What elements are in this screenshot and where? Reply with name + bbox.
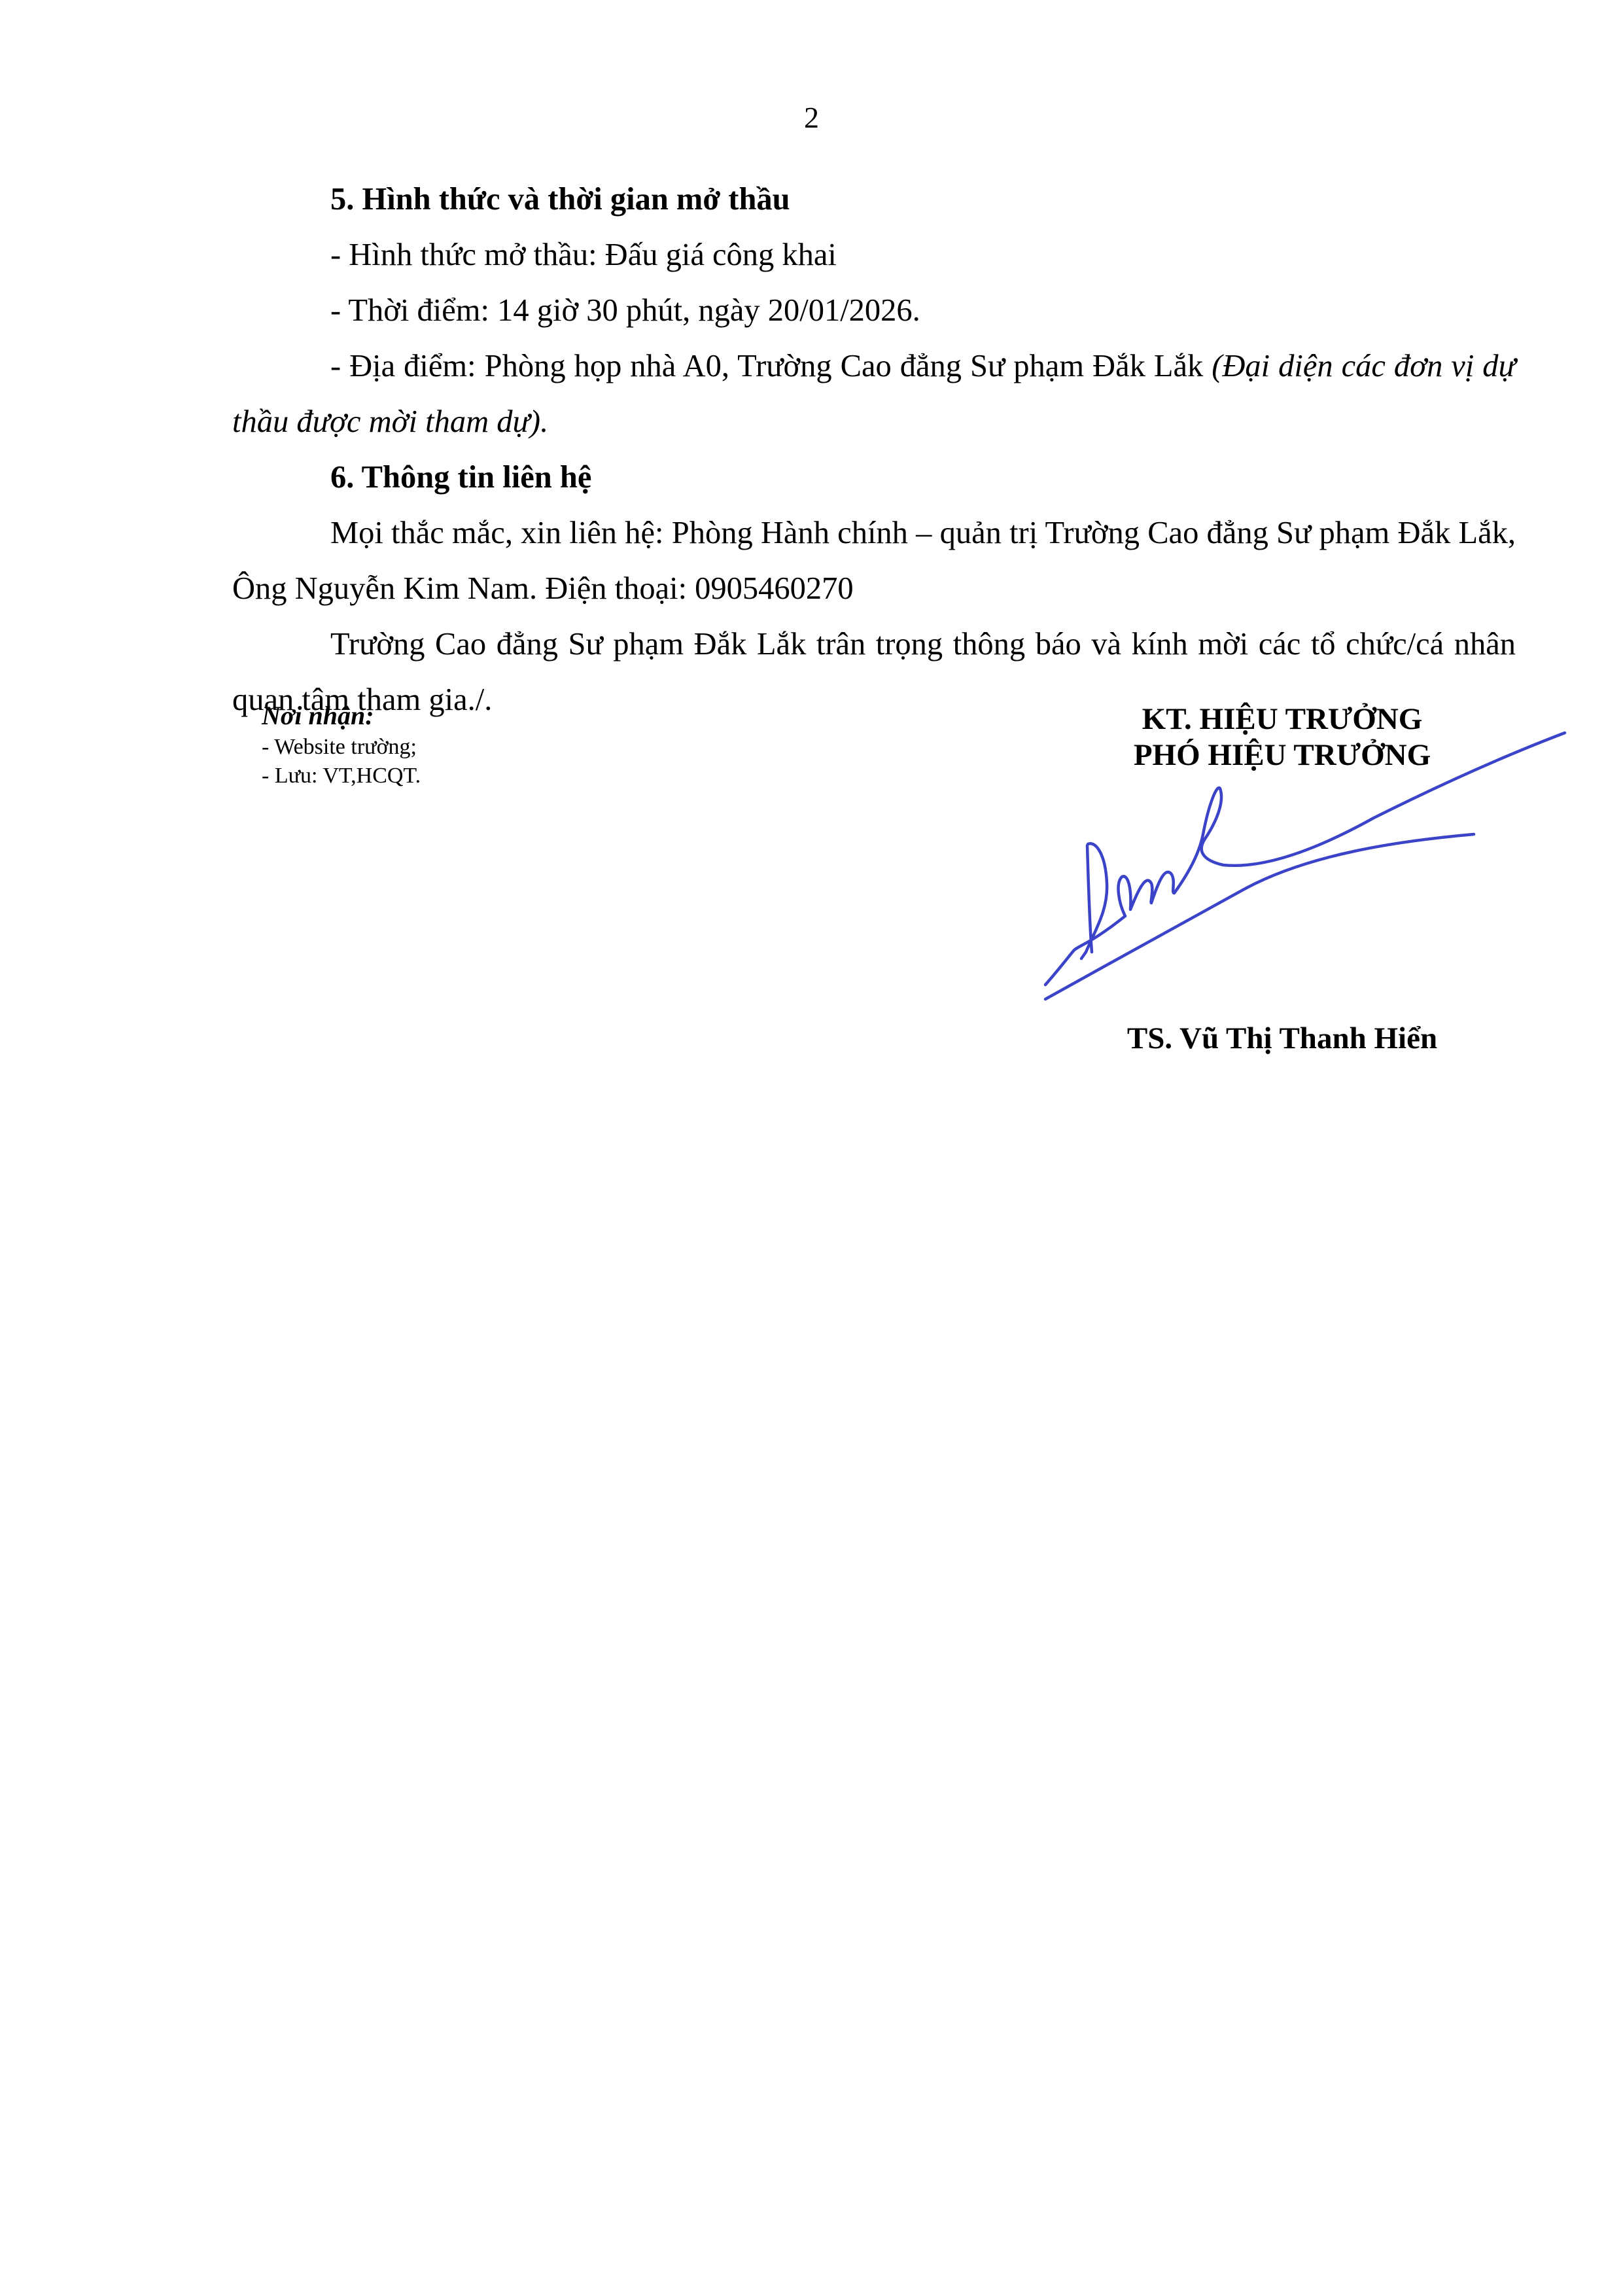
recipients-title: Nơi nhận: [262, 699, 421, 733]
bid-time-line: - Thời điểm: 14 giờ 30 phút, ngày 20/01/… [232, 283, 1516, 338]
section-6-heading: 6. Thông tin liên hệ [232, 450, 1516, 505]
document-body: 5. Hình thức và thời gian mở thầu - Hình… [232, 171, 1516, 728]
bid-location-text: - Địa điểm: Phòng họp nhà A0, Trường Cao… [330, 349, 1212, 383]
signer-name: TS. Vũ Thị Thanh Hiển [1034, 1019, 1531, 1057]
signature-block: KT. HIỆU TRƯỞNG PHÓ HIỆU TRƯỞNG TS. Vũ T… [1034, 694, 1570, 1073]
recipient-item: - Website trường; [262, 733, 421, 762]
page-number: 2 [0, 98, 1623, 137]
recipient-item: - Lưu: VT,HCQT. [262, 762, 421, 790]
bid-location-line: - Địa điểm: Phòng họp nhà A0, Trường Cao… [232, 338, 1516, 450]
section-5-heading: 5. Hình thức và thời gian mở thầu [232, 171, 1516, 227]
contact-info-paragraph: Mọi thắc mắc, xin liên hệ: Phòng Hành ch… [232, 505, 1516, 616]
recipients-block: Nơi nhận: - Website trường; - Lưu: VT,HC… [262, 699, 421, 790]
handwritten-signature-icon [1034, 694, 1570, 1073]
bid-format-line: - Hình thức mở thầu: Đấu giá công khai [232, 227, 1516, 283]
